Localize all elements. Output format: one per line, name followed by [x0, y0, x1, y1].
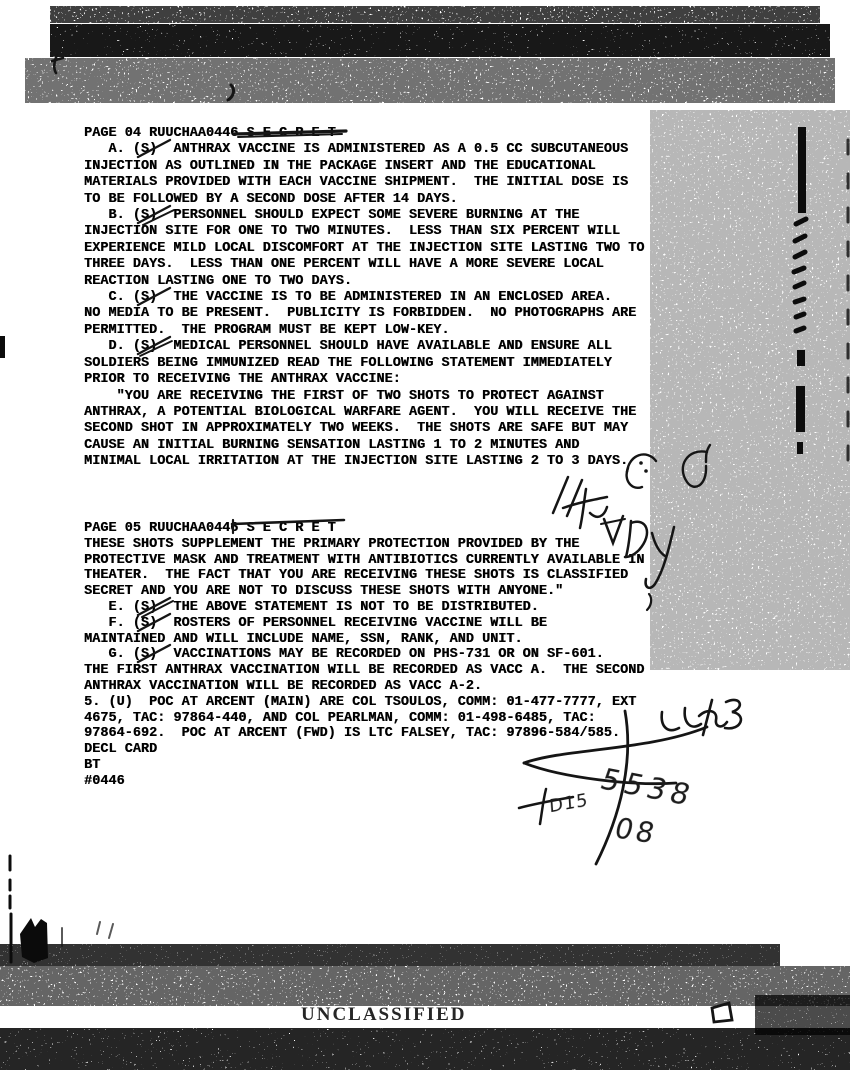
page-04-header-prefix: PAGE 04 RUUCHAA0446	[84, 126, 246, 141]
typed-line: REACTION LASTING ONE TO TWO DAYS.	[84, 274, 644, 290]
typed-line: 97864-692. POC AT ARCENT (FWD) IS LTC FA…	[84, 726, 644, 742]
handwritten-dist-code: D15	[549, 790, 590, 818]
typed-line: G. (S) VACCINATIONS MAY BE RECORDED ON P…	[84, 647, 644, 663]
initials-scribble	[662, 700, 741, 735]
typed-line: MATERIALS PROVIDED WITH EACH VACCINE SHI…	[84, 175, 644, 191]
page-04-header: PAGE 04 RUUCHAA0446 S E C R E T	[84, 126, 644, 142]
message-page-04: PAGE 04 RUUCHAA0446 S E C R E T A. (S) A…	[84, 126, 644, 471]
typed-line: NO MEDIA TO BE PRESENT. PUBLICITY IS FOR…	[84, 306, 644, 322]
typed-line: ANTHRAX, A POTENTIAL BIOLOGICAL WARFARE …	[84, 405, 644, 421]
typed-line: INJECTION AS OUTLINED IN THE PACKAGE INS…	[84, 159, 644, 175]
typed-line: PRIOR TO RECEIVING THE ANTHRAX VACCINE:	[84, 372, 644, 388]
scanned-document-page: PAGE 04 RUUCHAA0446 S E C R E T A. (S) A…	[0, 0, 850, 1079]
typed-line: SECRET AND YOU ARE NOT TO DISCUSS THESE …	[84, 584, 644, 600]
bottom-right-square	[712, 1003, 732, 1022]
typed-line: C. (S) THE VACCINE IS TO BE ADMINISTERED…	[84, 290, 644, 306]
typed-line: 5. (U) POC AT ARCENT (MAIN) ARE COL TSOU…	[84, 695, 644, 711]
noise-band-top-3	[25, 58, 835, 103]
typed-line: E. (S) THE ABOVE STATEMENT IS NOT TO BE …	[84, 600, 644, 616]
typed-line: 4675, TAC: 97864-440, AND COL PEARLMAN, …	[84, 711, 644, 727]
typed-line: D. (S) MEDICAL PERSONNEL SHOULD HAVE AVA…	[84, 339, 644, 355]
page-04-body: A. (S) ANTHRAX VACCINE IS ADMINISTERED A…	[84, 142, 644, 470]
right-edge-feed-marks	[794, 127, 848, 468]
page-04-classification-marking: S E C R E T	[246, 126, 335, 141]
unclassified-stamp: UNCLASSIFIED	[301, 1004, 466, 1026]
page-05-body: THESE SHOTS SUPPLEMENT THE PRIMARY PROTE…	[84, 537, 644, 790]
noise-right-column	[650, 110, 850, 670]
typed-line: THREE DAYS. LESS THAN ONE PERCENT WILL H…	[84, 257, 644, 273]
typed-line: B. (S) PERSONNEL SHOULD EXPECT SOME SEVE…	[84, 208, 644, 224]
ink-blob	[20, 918, 48, 963]
typed-line: TO BE FOLLOWED BY A SECOND DOSE AFTER 14…	[84, 192, 644, 208]
typed-line: BT	[84, 758, 644, 774]
typed-line: PERMITTED. THE PROGRAM MUST BE KEPT LOW-…	[84, 323, 644, 339]
typed-line: THEATER. THE FACT THAT YOU ARE RECEIVING…	[84, 568, 644, 584]
noise-band-top-1	[50, 6, 820, 23]
noise-bottom-right	[755, 995, 850, 1035]
typed-line: THESE SHOTS SUPPLEMENT THE PRIMARY PROTE…	[84, 537, 644, 553]
typed-line: INJECTION SITE FOR ONE TO TWO MINUTES. L…	[84, 224, 644, 240]
handwritten-number-08: 08	[611, 812, 661, 851]
typed-line: EXPERIENCE MILD LOCAL DISCOMFORT AT THE …	[84, 241, 644, 257]
handwritten-number-5538: 5538	[596, 762, 699, 812]
typed-line: PROTECTIVE MASK AND TREATMENT WITH ANTIB…	[84, 553, 644, 569]
noise-band-top-2	[50, 24, 830, 57]
page-05-header-prefix: PAGE 05 RUUCHAA0446	[84, 521, 246, 536]
page-05-header: PAGE 05 RUUCHAA0446 S E C R E T	[84, 521, 644, 537]
typed-line: #0446	[84, 774, 644, 790]
typed-line: F. (S) ROSTERS OF PERSONNEL RECEIVING VA…	[84, 616, 644, 632]
page-05-classification-marking: S E C R E T	[246, 521, 335, 536]
typed-line: A. (S) ANTHRAX VACCINE IS ADMINISTERED A…	[84, 142, 644, 158]
loop-scribble	[683, 445, 710, 487]
noise-dirt-line	[0, 944, 780, 966]
left-edge-marks	[0, 336, 11, 962]
typed-line: ANTHRAX VACCINATION WILL BE RECORDED AS …	[84, 679, 644, 695]
typed-line: DECL CARD	[84, 742, 644, 758]
typed-line: SOLDIERS BEING IMMUNIZED READ THE FOLLOW…	[84, 356, 644, 372]
stray-comma-mark	[228, 85, 234, 100]
typed-line: MAINTAINED AND WILL INCLUDE NAME, SSN, R…	[84, 632, 644, 648]
typed-line: CAUSE AN INITIAL BURNING SENSATION LASTI…	[84, 438, 644, 454]
blob-side-ticks	[62, 922, 113, 946]
typed-line: SECOND SHOT IN APPROXIMATELY TWO WEEKS. …	[84, 421, 644, 437]
typed-line: THE FIRST ANTHRAX VACCINATION WILL BE RE…	[84, 663, 644, 679]
noise-band-bottom-1	[0, 966, 850, 1006]
typed-line: MINIMAL LOCAL IRRITATION AT THE INJECTIO…	[84, 454, 644, 470]
typed-line: "YOU ARE RECEIVING THE FIRST OF TWO SHOT…	[84, 389, 644, 405]
noise-band-bottom-2	[0, 1028, 850, 1070]
top-left-pen-tick	[52, 55, 63, 73]
message-page-05: PAGE 05 RUUCHAA0446 S E C R E T THESE SH…	[84, 521, 644, 790]
